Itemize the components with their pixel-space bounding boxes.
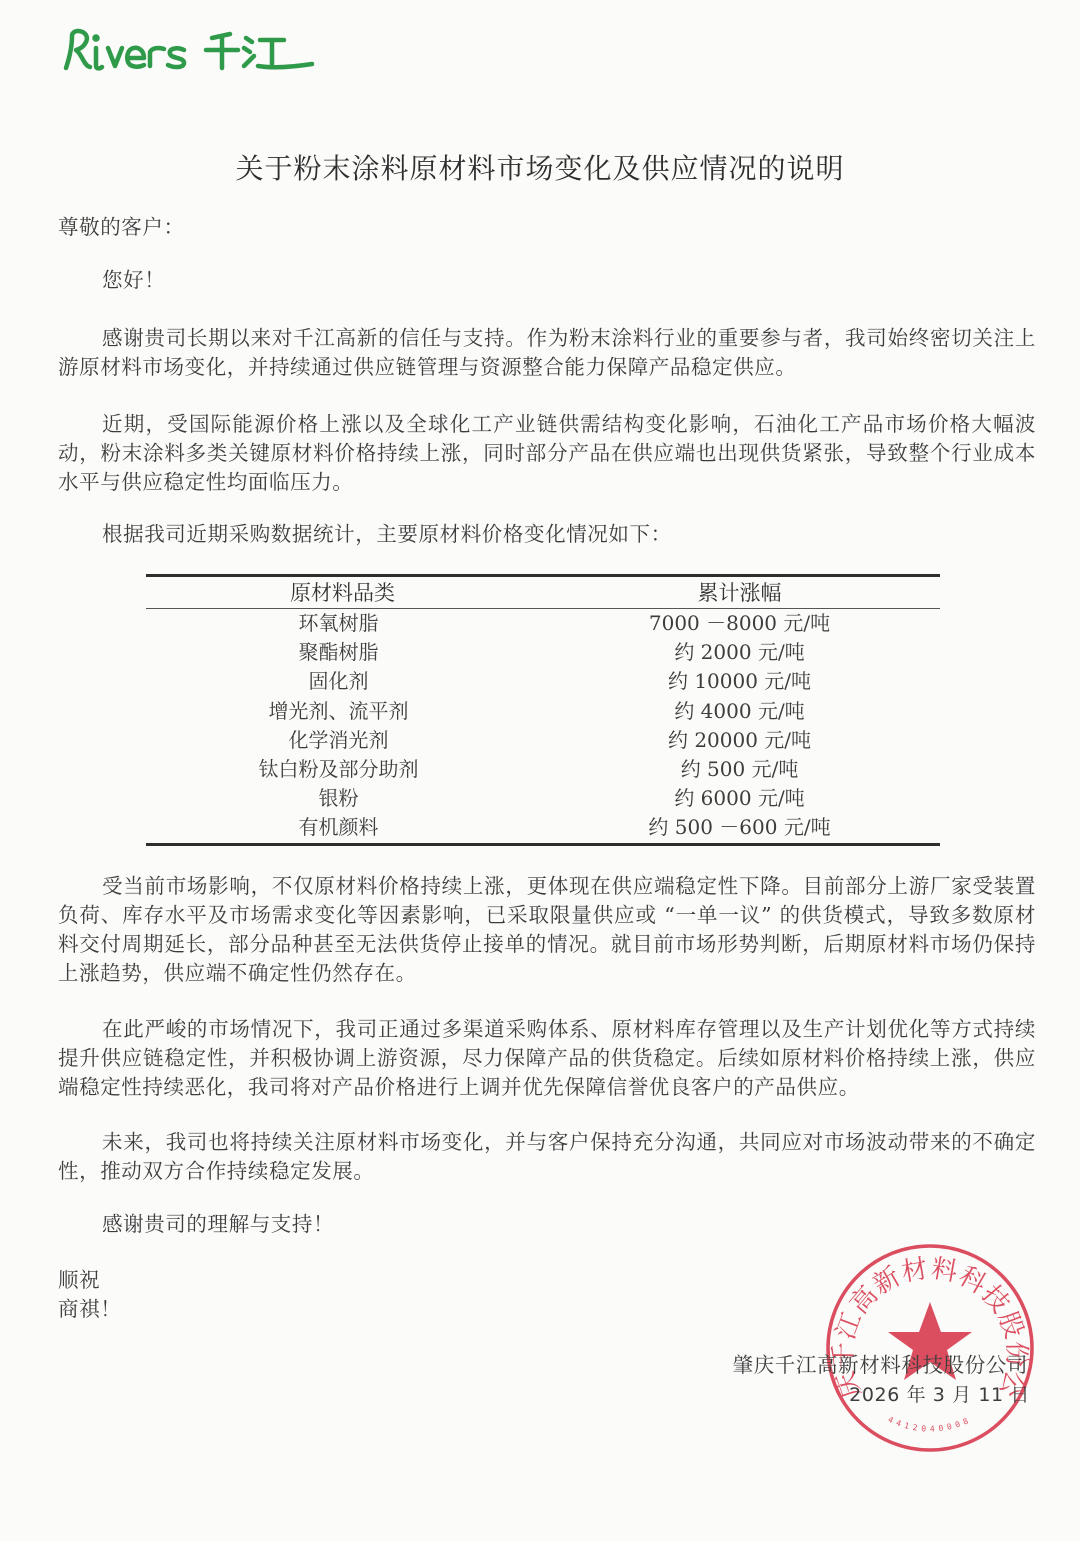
table-row: 银粉 约 6000 元/吨 — [146, 784, 940, 813]
increase-cell: 约 4000 元/吨 — [539, 697, 940, 726]
company-seal-stamp: 肇庆千江高新材料科技股份公司 4412040008 — [822, 1240, 1038, 1456]
price-increase-table: 原材料品类 累计涨幅 环氧树脂 7000 －8000 元/吨 聚酯树脂 约 20… — [146, 574, 940, 846]
table-row: 有机颜料 约 500 －600 元/吨 — [146, 813, 940, 844]
paragraph-intro: 感谢贵司长期以来对千江高新的信任与支持。作为粉末涂料行业的重要参与者，我司始终密… — [58, 324, 1036, 382]
material-cell: 环氧树脂 — [146, 609, 539, 639]
material-cell: 钛白粉及部分助剂 — [146, 755, 539, 784]
paragraph-table-intro: 根据我司近期采购数据统计，主要原材料价格变化情况如下： — [58, 520, 1036, 549]
material-cell: 有机颜料 — [146, 813, 539, 844]
increase-cell: 约 10000 元/吨 — [539, 667, 940, 696]
increase-cell: 7000 －8000 元/吨 — [539, 609, 940, 639]
increase-cell: 约 6000 元/吨 — [539, 784, 940, 813]
table-row: 化学消光剂 约 20000 元/吨 — [146, 726, 940, 755]
increase-cell: 约 2000 元/吨 — [539, 638, 940, 667]
closing-line-2: 商祺！ — [58, 1295, 121, 1324]
material-cell: 固化剂 — [146, 667, 539, 696]
paragraph-supply-situation: 受当前市场影响，不仅原材料价格持续上涨，更体现在供应端稳定性下降。目前部分上游厂… — [58, 872, 1036, 988]
stamp-serial: 4412040008 — [887, 1415, 974, 1434]
greeting: 您好！ — [102, 266, 165, 295]
svg-text:4412040008: 4412040008 — [887, 1415, 974, 1434]
thanks-line: 感谢贵司的理解与支持！ — [102, 1210, 334, 1239]
salutation: 尊敬的客户： — [58, 213, 185, 242]
column-header-increase: 累计涨幅 — [539, 576, 940, 609]
table-header-row: 原材料品类 累计涨幅 — [146, 576, 940, 609]
increase-cell: 约 20000 元/吨 — [539, 726, 940, 755]
table-row: 增光剂、流平剂 约 4000 元/吨 — [146, 697, 940, 726]
document-title: 关于粉末涂料原材料市场变化及供应情况的说明 — [0, 147, 1080, 187]
material-cell: 聚酯树脂 — [146, 638, 539, 667]
paragraph-outlook: 未来，我司也将持续关注原材料市场变化，并与客户保持充分沟通，共同应对市场波动带来… — [58, 1128, 1036, 1186]
material-cell: 增光剂、流平剂 — [146, 697, 539, 726]
company-logo — [60, 26, 320, 76]
signature-date: 2026 年 3 月 11 日 — [733, 1380, 1030, 1410]
material-cell: 化学消光剂 — [146, 726, 539, 755]
material-cell: 银粉 — [146, 784, 539, 813]
table-row: 固化剂 约 10000 元/吨 — [146, 667, 940, 696]
paragraph-market-background: 近期，受国际能源价格上涨以及全球化工产业链供需结构变化影响，石油化工产品市场价格… — [58, 410, 1036, 497]
increase-cell: 约 500 元/吨 — [539, 755, 940, 784]
table-row: 钛白粉及部分助剂 约 500 元/吨 — [146, 755, 940, 784]
signature-company: 肇庆千江高新材料科技股份公司 — [733, 1350, 1028, 1380]
closing-line-1: 顺祝 — [58, 1266, 100, 1295]
signature-block: 肇庆千江高新材料科技股份公司 2026 年 3 月 11 日 — [733, 1350, 1028, 1410]
table-row: 聚酯树脂 约 2000 元/吨 — [146, 638, 940, 667]
table-row: 环氧树脂 7000 －8000 元/吨 — [146, 609, 940, 639]
increase-cell: 约 500 －600 元/吨 — [539, 813, 940, 844]
column-header-material: 原材料品类 — [146, 576, 539, 609]
paragraph-company-measures: 在此严峻的市场情况下，我司正通过多渠道采购体系、原材料库存管理以及生产计划优化等… — [58, 1015, 1036, 1102]
